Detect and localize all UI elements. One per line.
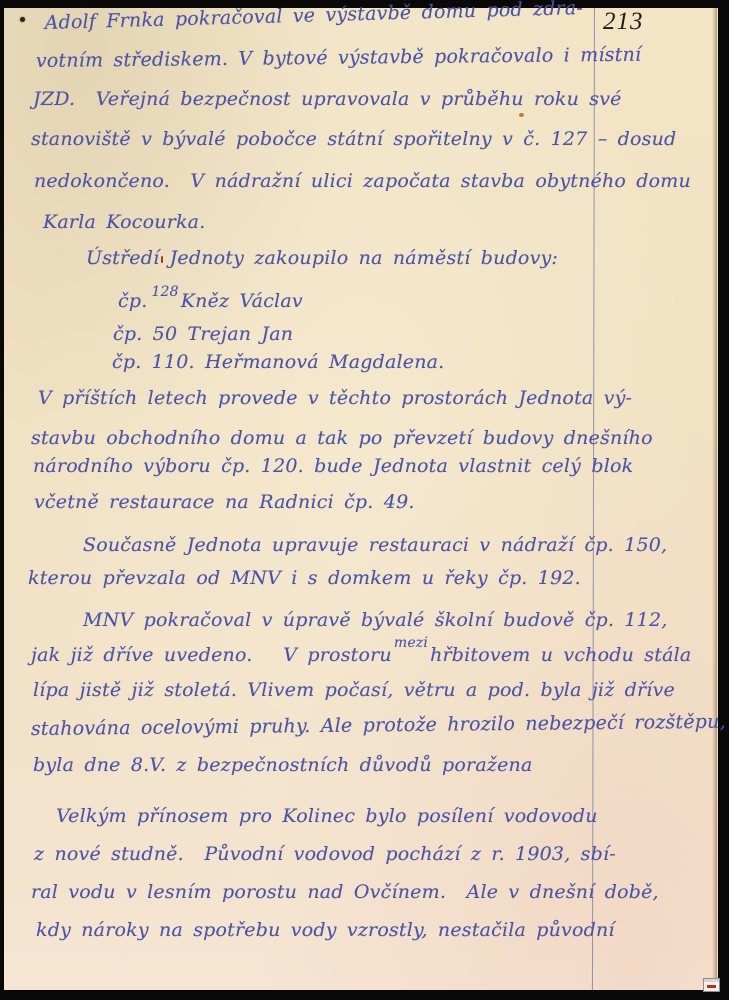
handwritten-line: včetně restaurace na Radnici čp. 49. [34,491,415,513]
handwritten-line: stanoviště v bývalé pobočce státní spoři… [31,128,676,150]
line-text: hřbitovem u vchodu stála [430,644,691,666]
handwritten-line: Velkým přínosem pro Kolinec bylo posílen… [56,805,598,827]
broken-image-icon [703,978,720,992]
handwritten-line: čp. 110. Heřmanová Magdalena. [112,351,444,373]
house-number-prefix: čp. [118,290,147,312]
handwritten-line: Současně Jednota upravuje restauraci v n… [83,534,667,556]
icon-red-bar [707,985,716,988]
page-number: 213 [603,8,644,36]
handwritten-line: Karla Kocourka. [43,211,205,233]
handwritten-line: byla dne 8.V. z bezpečnostních důvodů po… [33,754,532,776]
handwritten-line: jak již dříve uvedeno. V prostorumezihřb… [31,644,691,666]
handwritten-line: Ústředí Jednoty zakoupilo na náměstí bud… [86,247,558,269]
handwritten-line: kterou převzala od MNV i s domkem u řeky… [28,567,581,589]
handwritten-line: V příštích letech provede v těchto prost… [38,387,632,409]
handwritten-line: čp.128Kněz Václav [118,290,303,312]
ink-speck [519,113,524,117]
ink-speck [20,17,25,22]
owner-name: Kněz Václav [181,290,303,312]
scanned-page: 213 Adolf Frnka pokračoval ve výstavbě d… [0,0,729,1000]
handwritten-line: národního výboru čp. 120. bude Jednota v… [33,455,633,477]
inserted-word: mezi [394,635,428,651]
handwritten-line: kdy nároky na spotřebu vody vzrostly, ne… [36,919,615,941]
handwritten-line: lípa jistě již stoletá. Vlivem počasí, v… [33,679,675,701]
page-edge-shadow [712,8,717,990]
inserted-number: 128 [151,284,178,300]
icon-top-strip [704,979,719,982]
handwritten-line: JZD. Veřejná bezpečnost upravovala v prů… [33,88,622,110]
handwritten-line: čp. 50 Trejan Jan [113,323,293,345]
handwritten-line: ral vodu v lesním porostu nad Ovčínem. A… [31,881,659,903]
line-text: jak již dříve uvedeno. V prostoru [31,644,392,666]
handwritten-line: stavbu obchodního domu a tak po převzetí… [31,427,653,449]
handwritten-line: nedokončeno. V nádražní ulici započata s… [34,170,691,192]
handwritten-line: MNV pokračoval v úpravě bývalé školní bu… [83,609,667,631]
handwritten-line: z nové studně. Původní vodovod pochází z… [34,843,616,865]
